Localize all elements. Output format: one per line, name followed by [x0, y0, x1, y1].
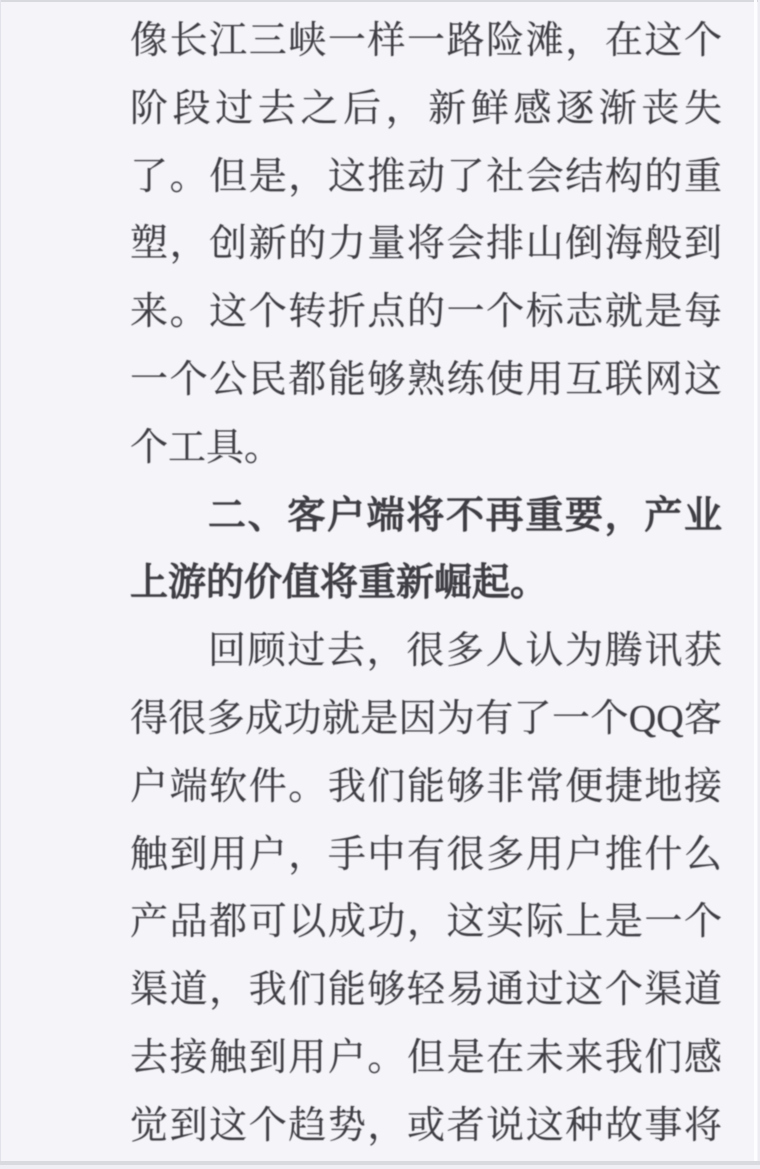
text-line: 阶段过去之后，新鲜感逐渐丧失: [130, 76, 722, 144]
text-block: 像长江三峡一样一路险滩，在这个 阶段过去之后，新鲜感逐渐丧失 了。但是，这推动了…: [130, 8, 722, 1161]
page-left-edge: [0, 0, 1, 1169]
text-line: 去接触到用户。但是在未来我们感: [130, 1025, 722, 1093]
text-line: 个工具。: [130, 415, 722, 483]
text-line: 产品都可以成功，这实际上是一个: [130, 889, 722, 957]
document-page: 像长江三峡一样一路险滩，在这个 阶段过去之后，新鲜感逐渐丧失 了。但是，这推动了…: [0, 0, 760, 1169]
text-line: 得很多成功就是因为有了一个QQ客: [130, 686, 722, 754]
text-line: 了。但是，这推动了社会结构的重: [130, 144, 722, 212]
heading-line: 二、客户端将不再重要，产业: [130, 483, 722, 551]
text-line: 来。这个转折点的一个标志就是每: [130, 279, 722, 347]
text-line: 回顾过去，很多人认为腾讯获: [130, 618, 722, 686]
page-bottom-margin: [0, 1165, 760, 1169]
text-line: 一个公民都能够熟练使用互联网这: [130, 347, 722, 415]
page-right-edge-line: [754, 0, 757, 1169]
heading-line: 上游的价值将重新崛起。: [130, 550, 722, 618]
text-line: 触到用户，手中有很多用户推什么: [130, 822, 722, 890]
text-line: 户端软件。我们能够非常便捷地接: [130, 754, 722, 822]
text-line: 塑，创新的力量将会排山倒海般到: [130, 211, 722, 279]
text-line: 觉到这个趋势，或者说这种故事将: [130, 1093, 722, 1161]
page-top-edge: [0, 0, 760, 2]
text-line: 像长江三峡一样一路险滩，在这个: [130, 8, 722, 76]
text-line: 渠道，我们能够轻易通过这个渠道: [130, 957, 722, 1025]
